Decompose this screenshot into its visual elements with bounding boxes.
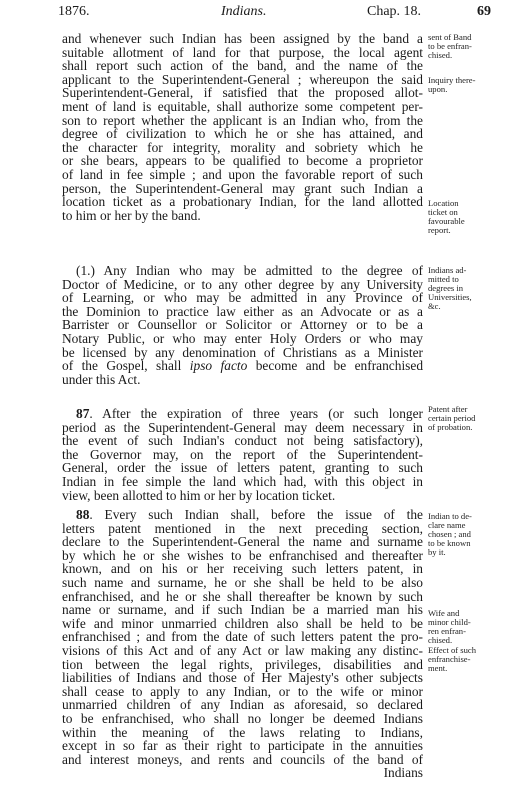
italic-latin-phrase: ipso facto — [190, 358, 248, 373]
margin-note: sent of Band to be enfran- chised. — [428, 33, 512, 60]
catchword: Indians — [62, 766, 423, 780]
text-line: Doctor of Medicine, or to any other degr… — [62, 278, 423, 292]
text-line: of the Gospel, shall ipso facto become a… — [62, 359, 423, 373]
text-line: Indian in fee simple the land which had,… — [62, 475, 423, 489]
text-fragment: become and be enfranchised — [247, 358, 423, 373]
text-line: liabilities of Indians and those of Her … — [62, 671, 423, 685]
text-line: to him or her by the band. — [62, 209, 423, 223]
text-line: by which he or she wishes to be enfranch… — [62, 549, 423, 563]
text-line: known, and on his or her receiving such … — [62, 562, 423, 576]
text-line: under this Act. — [62, 373, 423, 387]
section-88: 88. Every such Indian shall, before the … — [62, 508, 423, 780]
text-line: son to report whether the applicant is a… — [62, 114, 423, 128]
text-line: Barrister or Counsellor or Solicitor or … — [62, 318, 423, 332]
text-line: shall report such action of the band, an… — [62, 59, 423, 73]
margin-note: Effect of such enfranchise- ment. — [428, 646, 512, 673]
section-number: 87 — [76, 406, 89, 421]
text-line: except in so far as their right to parti… — [62, 739, 423, 753]
text-line: period as the Superintendent-General may… — [62, 421, 423, 435]
text-line: suitable allotment of land for that purp… — [62, 46, 423, 60]
margin-note-line: by it. — [428, 548, 512, 557]
text-line: view, been allotted to him or her by loc… — [62, 489, 423, 503]
margin-note: Indians ad- mitted to degrees in Univers… — [428, 266, 512, 311]
margin-note: Patent after certain period of probation… — [428, 405, 512, 432]
text-line: of land in fee simple ; and upon the fav… — [62, 168, 423, 182]
text-line: unmarried children of any Indian as afor… — [62, 698, 423, 712]
text-line: letters patent mentioned in the next pre… — [62, 522, 423, 536]
margin-note: Indian to de- clare name chosen ; and to… — [428, 512, 512, 557]
header-year: 1876. — [58, 4, 90, 20]
margin-note-line: upon. — [428, 85, 512, 94]
header-chapter: Chap. 18. — [367, 4, 421, 20]
text-line: the Dominion to practice law either as a… — [62, 305, 423, 319]
text-line: of Learning, or who may be admitted in a… — [62, 291, 423, 305]
margin-note: Location ticket on favourable report. — [428, 199, 512, 235]
margin-note: Wife and minor child- ren enfran- chised… — [428, 609, 512, 645]
section-87: 87. After the expiration of three years … — [62, 407, 423, 502]
text-line: the event of such Indian's conduct not b… — [62, 434, 423, 448]
margin-note-line: of probation. — [428, 423, 512, 432]
text-fragment: . Every such Indian shall, before the is… — [89, 507, 423, 522]
text-line: the Governor may, on the report of the S… — [62, 448, 423, 462]
text-line: General, order the issue of letters pate… — [62, 461, 423, 475]
text-fragment: of the Gospel, shall — [62, 358, 190, 373]
text-line: enfranchised, and he or she shall therea… — [62, 590, 423, 604]
text-line: visions of this Act and of any Act or la… — [62, 644, 423, 658]
header-title: Indians. — [221, 4, 267, 20]
page-number: 69 — [477, 4, 491, 20]
margin-note: Inquiry there- upon. — [428, 76, 512, 94]
text-line: Notary Public, or who may enter Holy Ord… — [62, 332, 423, 346]
text-line: wife and minor unmarried children also s… — [62, 617, 423, 631]
margin-note-line: ment. — [428, 664, 512, 673]
document-page: 1876. Indians. Chap. 18. 69 and whenever… — [0, 0, 514, 800]
text-fragment: . After the expiration of three years (o… — [89, 406, 423, 421]
paragraph-subsection-1: (1.) Any Indian who may be admitted to t… — [62, 264, 423, 386]
text-line: person, the Superintendent-General may g… — [62, 182, 423, 196]
text-line: ment of land is equitable, shall authori… — [62, 100, 423, 114]
text-line: to be enfranchised, who shall no longer … — [62, 712, 423, 726]
text-line: and whenever such Indian has been assign… — [62, 32, 423, 46]
text-line: enfranchised ; and from the date of such… — [62, 630, 423, 644]
text-line: such name and surname, he or she shall b… — [62, 576, 423, 590]
text-line: applicant to the Superintendent-General … — [62, 73, 423, 87]
margin-note-line: &c. — [428, 302, 512, 311]
text-line: tion between the legal rights, privilege… — [62, 658, 423, 672]
text-line: name or surname, and if such Indian be a… — [62, 603, 423, 617]
text-line: or she bears, appears to be qualified to… — [62, 154, 423, 168]
section-number: 88 — [76, 507, 89, 522]
margin-note-line: chised. — [428, 51, 512, 60]
text-line: declare to the Superintendent-General th… — [62, 535, 423, 549]
paragraph-continuation: and whenever such Indian has been assign… — [62, 32, 423, 222]
text-line: 88. Every such Indian shall, before the … — [62, 508, 423, 522]
text-line: degree of civilization to which he or sh… — [62, 127, 423, 141]
margin-note-line: report. — [428, 226, 512, 235]
text-line: 87. After the expiration of three years … — [62, 407, 423, 421]
text-line: within the meaning of the laws relating … — [62, 726, 423, 740]
text-line: and interest moneys, and rents and counc… — [62, 753, 423, 767]
text-line: be licensed by any denomination of Chris… — [62, 346, 423, 360]
margin-note-line: chised. — [428, 636, 512, 645]
text-line: the character for integrity, morality an… — [62, 141, 423, 155]
text-line: (1.) Any Indian who may be admitted to t… — [62, 264, 423, 278]
text-line: Superintendent-General, if satisfied tha… — [62, 86, 423, 100]
running-header: 1876. Indians. Chap. 18. 69 — [58, 4, 491, 22]
text-line: shall cease to apply to any Indian, or t… — [62, 685, 423, 699]
text-line: location ticket as a probationary Indian… — [62, 195, 423, 209]
